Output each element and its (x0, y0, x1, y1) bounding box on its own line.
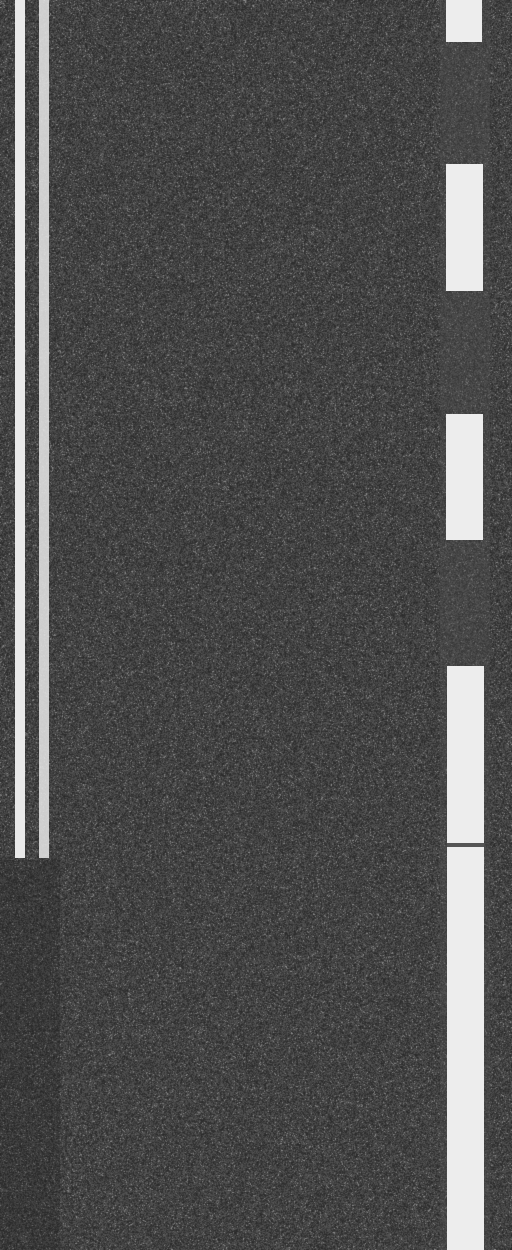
road-surface (0, 0, 512, 1250)
left-solid-line-inner (39, 0, 49, 858)
left-solid-line-outer (15, 0, 25, 858)
lane-solid-line (447, 666, 484, 1250)
lane-dash-2 (446, 164, 483, 291)
asphalt-texture (0, 0, 512, 1250)
lane-dash-3 (446, 414, 483, 540)
shoulder-shadow (0, 860, 60, 1250)
marking-joint (447, 843, 484, 847)
lane-dash-1 (446, 0, 482, 42)
